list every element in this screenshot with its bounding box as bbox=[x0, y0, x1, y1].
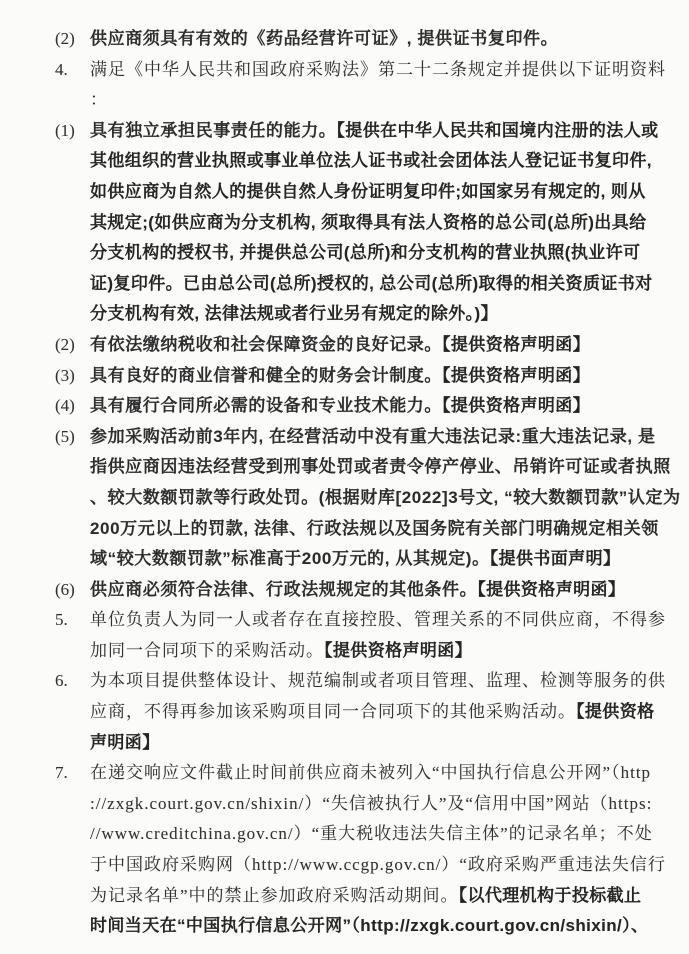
list-item: 6. 为本项目提供整体设计、规范编制或者项目管理、监理、检测等服务的供应商，不得… bbox=[55, 666, 651, 758]
text-line: 有依法缴纳税收和社会保障资金的良好记录。【提供资格声明函】 bbox=[90, 330, 651, 361]
text-line: 供应商须具有有效的《药品经营许可证》, 提供证书复印件。 bbox=[90, 24, 651, 55]
clause-list: (2) 供应商须具有有效的《药品经营许可证》, 提供证书复印件。 4. 满足《中… bbox=[55, 24, 651, 942]
item-text: 单位负责人为同一人或者存在直接控股、管理关系的不同供应商，不得参加同一合同项下的… bbox=[90, 605, 651, 666]
item-text: 参加采购活动前3年内, 在经营活动中没有重大违法记录:重大违法记录, 是指供应商… bbox=[90, 422, 651, 575]
text-line: 应商，不得再参加该采购项目同一合同项下的其他采购活动。【提供资格 bbox=[90, 697, 651, 728]
text-line: ://zxgk.court.gov.cn/shixin/）“失信被执行人”及“信… bbox=[90, 789, 651, 820]
text-line: 具有独立承担民事责任的能力。【提供在中华人民共和国境内注册的法人或 bbox=[90, 116, 651, 147]
text-line: 其他组织的营业执照或事业单位法人证书或社会团体法人登记证书复印件, bbox=[90, 146, 651, 177]
list-item: (1) 具有独立承担民事责任的能力。【提供在中华人民共和国境内注册的法人或其他组… bbox=[55, 116, 651, 330]
text-line: ： bbox=[90, 85, 651, 116]
text-line: 如供应商为自然人的提供自然人身份证明复印件;如国家另有规定的, 则从 bbox=[90, 177, 651, 208]
list-item: (6) 供应商必须符合法律、行政法规规定的其他条件。【提供资格声明函】 bbox=[55, 575, 651, 606]
item-marker: (3) bbox=[55, 361, 90, 392]
item-text: 满足《中华人民共和国政府采购法》第二十二条规定并提供以下证明资料： bbox=[90, 55, 651, 116]
list-item: (5) 参加采购活动前3年内, 在经营活动中没有重大违法记录:重大违法记录, 是… bbox=[55, 422, 651, 575]
text-line: 时间当天在“中国执行信息公开网”（http://zxgk.court.gov.c… bbox=[90, 911, 651, 942]
item-text: 为本项目提供整体设计、规范编制或者项目管理、监理、检测等服务的供应商，不得再参加… bbox=[90, 666, 651, 758]
item-marker: 4. bbox=[55, 55, 90, 86]
text-line: 、较大数额罚款等行政处罚。(根据财库[2022]3号文, “较大数额罚款”认定为 bbox=[90, 483, 651, 514]
list-item: 5. 单位负责人为同一人或者存在直接控股、管理关系的不同供应商，不得参加同一合同… bbox=[55, 605, 651, 666]
text-line: 200万元以上的罚款, 法律、行政法规以及国务院有关部门明确规定相关领 bbox=[90, 514, 651, 545]
text-line: 加同一合同项下的采购活动。【提供资格声明函】 bbox=[90, 636, 651, 667]
item-text: 有依法缴纳税收和社会保障资金的良好记录。【提供资格声明函】 bbox=[90, 330, 651, 361]
list-item: (3) 具有良好的商业信誉和健全的财务会计制度。【提供资格声明函】 bbox=[55, 361, 651, 392]
item-marker: (2) bbox=[55, 330, 90, 361]
text-line: 为本项目提供整体设计、规范编制或者项目管理、监理、检测等服务的供 bbox=[90, 666, 651, 697]
item-text: 供应商必须符合法律、行政法规规定的其他条件。【提供资格声明函】 bbox=[90, 575, 651, 606]
document-page: (2) 供应商须具有有效的《药品经营许可证》, 提供证书复印件。 4. 满足《中… bbox=[0, 0, 689, 954]
item-marker: (2) bbox=[55, 24, 90, 55]
text-line: 指供应商因违法经营受到刑事处罚或者责令停产停业、吊销许可证或者执照 bbox=[90, 452, 651, 483]
item-marker: 5. bbox=[55, 605, 90, 636]
item-text: 具有独立承担民事责任的能力。【提供在中华人民共和国境内注册的法人或其他组织的营业… bbox=[90, 116, 651, 330]
text-line: 分支机构有效, 法律法规或者行业另有规定的除外。)】 bbox=[90, 299, 651, 330]
text-line: 满足《中华人民共和国政府采购法》第二十二条规定并提供以下证明资料 bbox=[90, 55, 651, 86]
text-line: 声明函】 bbox=[90, 728, 651, 759]
text-line: 在递交响应文件截止时间前供应商未被列入“中国执行信息公开网”（http bbox=[90, 758, 651, 789]
text-line: 证)复印件。已由总公司(总所)授权的, 总公司(总所)取得的相关资质证书对 bbox=[90, 269, 651, 300]
item-marker: 7. bbox=[55, 758, 90, 789]
list-item: (2) 供应商须具有有效的《药品经营许可证》, 提供证书复印件。 bbox=[55, 24, 651, 55]
text-line: 其规定;(如供应商为分支机构, 须取得具有法人资格的总公司(总所)出具给 bbox=[90, 208, 651, 239]
text-line: 参加采购活动前3年内, 在经营活动中没有重大违法记录:重大违法记录, 是 bbox=[90, 422, 651, 453]
item-text: 具有履行合同所必需的设备和专业技术能力。【提供资格声明函】 bbox=[90, 391, 651, 422]
list-item: (2) 有依法缴纳税收和社会保障资金的良好记录。【提供资格声明函】 bbox=[55, 330, 651, 361]
text-line: 具有良好的商业信誉和健全的财务会计制度。【提供资格声明函】 bbox=[90, 361, 651, 392]
item-text: 供应商须具有有效的《药品经营许可证》, 提供证书复印件。 bbox=[90, 24, 651, 55]
text-line: 为记录名单”中的禁止参加政府采购活动期间。【以代理机构于投标截止 bbox=[90, 881, 651, 912]
item-text: 在递交响应文件截止时间前供应商未被列入“中国执行信息公开网”（http://zx… bbox=[90, 758, 651, 942]
item-marker: (5) bbox=[55, 422, 90, 453]
text-line: 于中国政府采购网（http://www.ccgp.gov.cn/）“政府采购严重… bbox=[90, 850, 651, 881]
text-line: 域“较大数额罚款”标准高于200万元的, 从其规定)。【提供书面声明】 bbox=[90, 544, 651, 575]
list-item: 7. 在递交响应文件截止时间前供应商未被列入“中国执行信息公开网”（http:/… bbox=[55, 758, 651, 942]
list-item: 4. 满足《中华人民共和国政府采购法》第二十二条规定并提供以下证明资料： bbox=[55, 55, 651, 116]
item-marker: (6) bbox=[55, 575, 90, 606]
text-line: 具有履行合同所必需的设备和专业技术能力。【提供资格声明函】 bbox=[90, 391, 651, 422]
item-marker: (4) bbox=[55, 391, 90, 422]
item-text: 具有良好的商业信誉和健全的财务会计制度。【提供资格声明函】 bbox=[90, 361, 651, 392]
item-marker: 6. bbox=[55, 666, 90, 697]
text-line: 单位负责人为同一人或者存在直接控股、管理关系的不同供应商，不得参 bbox=[90, 605, 651, 636]
text-line: 供应商必须符合法律、行政法规规定的其他条件。【提供资格声明函】 bbox=[90, 575, 651, 606]
item-marker: (1) bbox=[55, 116, 90, 147]
text-line: //www.creditchina.gov.cn/）“重大税收违法失信主体”的记… bbox=[90, 819, 651, 850]
text-line: 分支机构的授权书, 并提供总公司(总所)和分支机构的营业执照(执业许可 bbox=[90, 238, 651, 269]
list-item: (4) 具有履行合同所必需的设备和专业技术能力。【提供资格声明函】 bbox=[55, 391, 651, 422]
